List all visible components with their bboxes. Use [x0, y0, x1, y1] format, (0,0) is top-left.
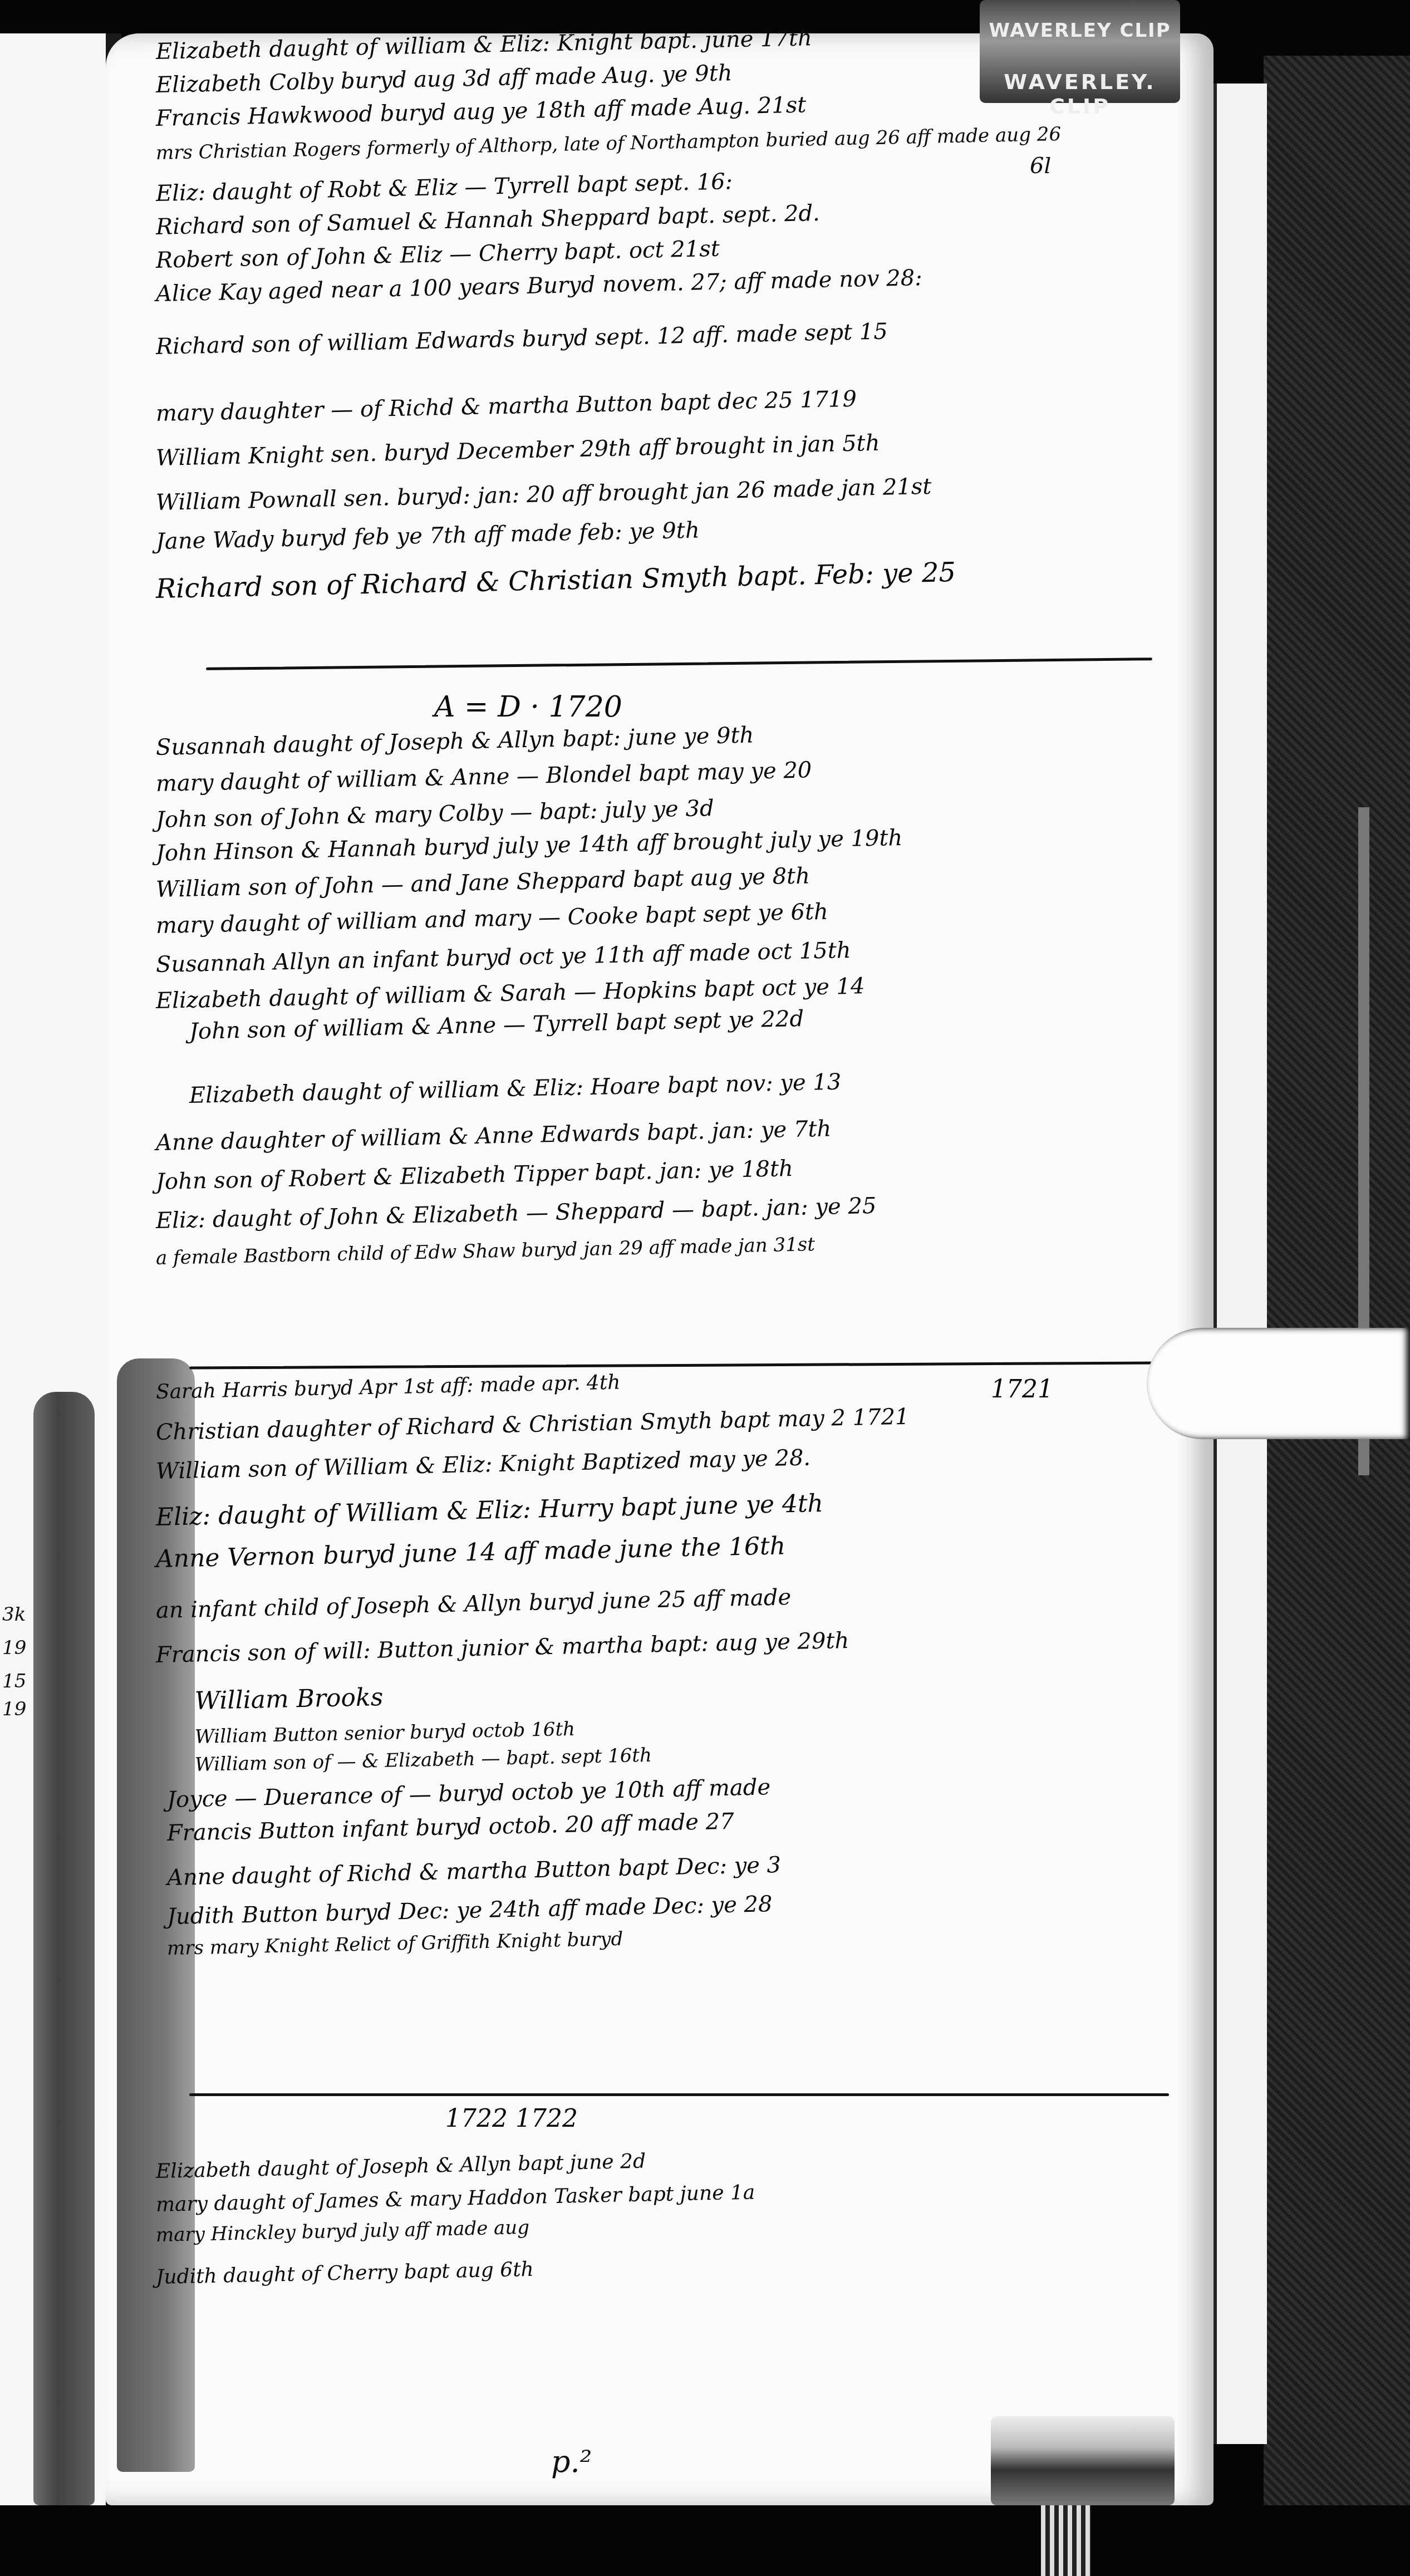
left-page-fragment: 19 — [2, 1637, 26, 1659]
page-tab-marker[interactable] — [1147, 1328, 1410, 1439]
book-cover — [1264, 56, 1410, 2505]
margin-note: 6l — [1030, 153, 1051, 179]
register-entry: William Brooks — [194, 1683, 383, 1715]
left-page-fragment: 19 — [2, 1698, 26, 1720]
clip-bolt — [1041, 2505, 1091, 2576]
page-edges — [1214, 84, 1267, 2444]
waverley-clip-top: WAVERLEY CLIP WAVERLEY. CLIP — [980, 0, 1180, 103]
clip-label: WAVERLEY CLIP — [980, 19, 1180, 42]
section-divider — [189, 2093, 1169, 2096]
section-heading: 1721 — [991, 1375, 1053, 1404]
left-page-spine: 3k 19 15 19 — [0, 33, 121, 2505]
left-page-fragment: 3k — [2, 1603, 26, 1626]
folio-mark: p.² — [551, 2444, 592, 2479]
waverley-clip-bottom — [991, 2416, 1175, 2505]
section-heading: A = D · 1720 — [434, 690, 622, 724]
section-heading: 1722 1722 — [445, 2104, 578, 2133]
water-stain — [33, 1392, 95, 2505]
clip-label: WAVERLEY. CLIP — [980, 70, 1180, 119]
left-page-fragment: 15 — [2, 1670, 26, 1692]
